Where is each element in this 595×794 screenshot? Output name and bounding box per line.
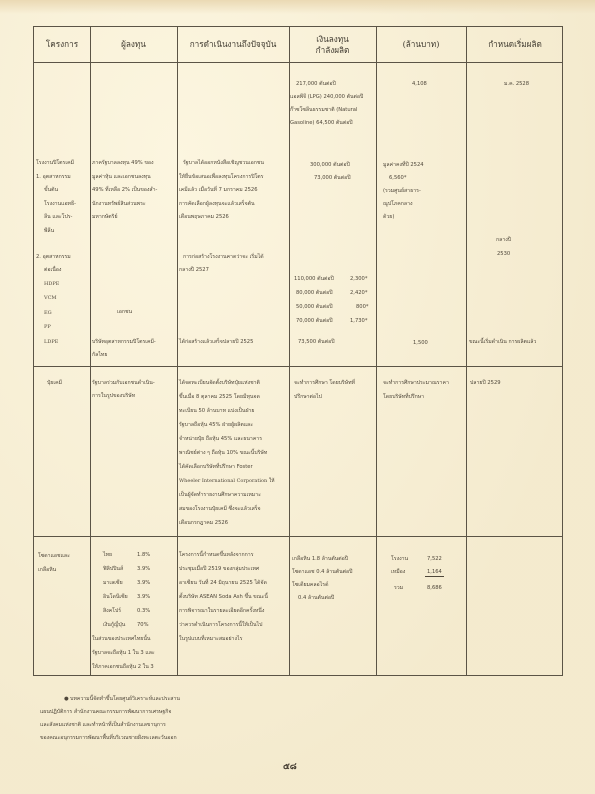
capacity-hdpe: 110,000 ตันต่อปี <box>294 276 334 282</box>
progress-line: ตั้งบริษัท ASEAN Soda Ash ขึ้น ขณะนี้ <box>179 594 268 600</box>
progress-line: พาณิชย์ต่าง ๆ ถือหุ้น 10% ขณะนี้บริษัท <box>179 450 267 456</box>
investment-eg: 800* <box>356 304 369 310</box>
capacity-line: ก๊าซโซลีนธรรมชาติ (Natural <box>290 107 357 113</box>
capacity-line: แอลพีจี (LPG) 240,000 ตันต่อปี <box>290 94 363 100</box>
progress-line: รัฐบาลได้ออกหนังสือเชิญชวนเอกชน <box>183 160 264 166</box>
share-philippines: 3.9% <box>137 566 150 572</box>
share-singapore: 0.3% <box>137 608 150 614</box>
investment-line: จะทำการศึกษาประมาณราคา <box>383 380 449 386</box>
investment-mine-label: เหมือง <box>391 569 405 575</box>
header-investor: ผู้ลงทุน <box>90 27 177 62</box>
footnote-line: แผนปฏิบัติการ สำนักงานคณะกรรมการพัฒนาการ… <box>40 709 171 715</box>
progress-line: ขึ้นเมื่อ 8 ตุลาคม 2525 โดยมีทุนจด <box>179 394 260 400</box>
investment-plant-label: โรงงาน <box>391 556 408 562</box>
investor-line: กัลไทย <box>92 352 107 358</box>
start-date: ปลายปี 2529 <box>470 380 501 386</box>
country-singapore: สิงคโปร์ <box>103 608 121 614</box>
progress-line: ประชุมเมื่อปี 2519 ของกลุ่มประเทศ <box>179 566 259 572</box>
progress-line: จำหน่ายปุ๋ย ถือหุ้น 45% และธนาคาร <box>179 436 262 442</box>
header-progress: การดำเนินงานถึงปัจจุบัน <box>177 27 289 62</box>
project-line: ลีน และโปร- <box>44 214 72 220</box>
capacity-ldpe: 73,500 ตันต่อปี <box>298 339 335 345</box>
investment-vcm: 2,420* <box>350 290 367 296</box>
country-japan-loan: เงินกู้ญี่ปุ่น <box>103 622 125 628</box>
investor-line: รัฐบาลร่วมกับเอกชนดำเนิน- <box>92 380 155 386</box>
investment-total-value: 8,686 <box>427 585 442 591</box>
capacity-eg: 50,000 ตันต่อปี <box>296 304 333 310</box>
project-name: ปุ๋ยเคมี <box>47 380 62 386</box>
project-line: ต่อเนื่อง <box>44 267 61 273</box>
progress-line: โครงการนี้กำหนดขึ้นหลังจากการ <box>179 552 254 558</box>
capacity-line: 300,000 ตันต่อปี <box>310 162 350 168</box>
investment-line: 6,560* <box>389 175 406 181</box>
progress-line: ให้ยื่นข้อเสนอเพื่อลงทุนโครงการปิโตร <box>179 174 263 180</box>
investment-line: โดยบริษัทที่ปรึกษา <box>383 394 424 400</box>
project-line: โรงงานปิโตรเคมี <box>36 160 74 166</box>
product-hdpe: HDPE <box>44 281 59 287</box>
share-thailand: 1.8% <box>137 552 150 558</box>
investment-mine-value: 1,164 <box>425 569 444 577</box>
progress-line: ว่าควรดำเนินการโครงการนี้ให้เป็นไป <box>179 622 262 628</box>
capacity-line: 0.4 ล้านตันต่อปี <box>298 595 334 601</box>
column-divider <box>376 27 377 675</box>
product-pp: PP <box>44 324 51 330</box>
start-line: 2530 <box>497 251 510 257</box>
header-project: โครงการ <box>34 27 90 62</box>
footnote-line: ● บทความนี้จัดทำขึ้นโดยศูนย์วิเคราะห์และ… <box>64 696 180 702</box>
capacity-line: เกลือหิน 1.8 ล้านตันต่อปี <box>292 556 348 562</box>
investor-note-line: รัฐบาลจะถือหุ้น 1 ใน 3 และ <box>92 650 155 656</box>
capacity-pp: 70,000 ตันต่อปี <box>296 318 333 324</box>
start-line: กลางปี <box>496 237 511 243</box>
investment-total-label: รวม <box>394 585 403 591</box>
investment-line: มูลค่าคงที่ปี 2524 <box>383 162 424 168</box>
progress-line: ในรูปแบบที่เหมาะสมอย่างไร <box>179 636 242 642</box>
progress-line: กลางปี 2527 <box>179 267 209 273</box>
project-line: ขั้นต้น <box>44 187 58 193</box>
investor-line: ภาครัฐบาลลงทุน 49% ของ <box>92 160 154 166</box>
progress-line: สมของโรงงานปุ๋ยเคมี ซึ่งจะแล้วเสร็จ <box>179 506 261 512</box>
header-million-baht: (ล้านบาท) <box>376 27 466 62</box>
progress-line: เคมีแล้ว เมื่อวันที่ 7 มกราคม 2526 <box>179 187 258 193</box>
progress-line: รัฐบาลถือหุ้น 45% ฝ่ายผู้ผลิตและ <box>179 422 253 428</box>
header-start-date: กำหนดเริ่มผลิต <box>466 27 564 62</box>
progress-line: ได้ก่อสร้างแล้วเสร็จปลายปี 2525 <box>179 339 253 345</box>
column-divider <box>177 27 178 675</box>
investor-line: 49% ที่เหลือ 2% เป็นของสำ- <box>92 187 157 193</box>
capacity-line: ปรึกษาต่อไป <box>294 394 322 400</box>
progress-line: การก่อสร้างโรงงานคาดว่าจะ เริ่มได้ <box>183 254 264 260</box>
start-ldpe: ขณะนี้เริ่มดำเนิน การผลิตแล้ว <box>469 339 536 345</box>
investment-value: 4,108 <box>412 81 427 87</box>
progress-line: การคัดเลือกผู้ลงทุนจะแล้วเสร็จต้น <box>179 201 255 207</box>
investment-ldpe: 1,500 <box>413 340 428 346</box>
column-divider <box>90 27 91 675</box>
investor-line: นักงานทรัพย์สินส่วนพระ <box>92 201 146 207</box>
header-divider <box>34 62 562 63</box>
country-philippines: ฟิลิปปินส์ <box>103 566 123 572</box>
progress-line: เดือนพฤษภาคม 2526 <box>179 214 229 220</box>
progress-line: การพิจารณาในรายละเอียดอีกครั้งหนึ่ง <box>179 608 264 614</box>
capacity-line: โซเดียมคลอไรด์ <box>292 582 328 588</box>
project-line: โซดาแอชและ <box>38 553 70 559</box>
progress-line: ได้จดทะเบียนจัดตั้งบริษัทปุ๋ยแห่งชาติ <box>179 380 260 386</box>
product-ldpe: LDPE <box>44 339 58 345</box>
product-eg: EG <box>44 310 52 316</box>
investment-hdpe: 2,300* <box>350 276 367 282</box>
investment-plant-value: 7,522 <box>427 556 442 562</box>
project-line: เกลือหิน <box>38 567 56 573</box>
share-malaysia: 3.9% <box>137 580 150 586</box>
country-malaysia: มาเลเซีย <box>103 580 123 586</box>
page-number: ๕๘ <box>283 759 297 773</box>
share-japan-loan: 70% <box>137 622 149 628</box>
row-divider <box>34 366 562 367</box>
investment-line: (รวมศูนย์สาธาร- <box>383 188 421 194</box>
investment-line: ณูปโภคกลาง <box>383 201 413 207</box>
country-indonesia: อินโดนีเซีย <box>103 594 128 600</box>
progress-line: อาเซียน วันที่ 24 มิถุนายน 2525 ได้จัด <box>179 580 267 586</box>
footnote-line: ของคณะอนุกรรมการพัฒนาพื้นที่บริเวณชายฝั่… <box>40 735 177 741</box>
product-vcm: VCM <box>44 295 57 301</box>
progress-line: ได้คัดเลือกบริษัทที่ปรึกษา Foster <box>179 464 253 470</box>
investment-line: ด้วย) <box>383 214 394 220</box>
start-date: ม.ค. 2528 <box>504 81 529 87</box>
capacity-line: Gasoline) 64,500 ตันต่อปี <box>290 120 353 126</box>
progress-line: Wheeler International Corporation ให้ <box>179 478 275 484</box>
investor-line: การในรูปของบริษัท <box>92 393 135 399</box>
progress-line: ทะเบียน 50 ล้านบาท แบ่งเป็นฝ่าย <box>179 408 254 414</box>
project-line: พีลีน <box>44 228 54 234</box>
capacity-line: 217,000 ตันต่อปี <box>296 81 336 87</box>
project-line: 2. อุตสาหกรรม <box>36 254 71 260</box>
header-capacity: เงินลงทุน กำลังผลิต <box>289 27 376 62</box>
investor-line: บริษัทอุตสาหกรรมปิโตรเคมี- <box>92 339 156 345</box>
capacity-line: 73,000 ตันต่อปี <box>314 175 351 181</box>
investor-note-line: ให้ภาคเอกชนถือหุ้น 2 ใน 3 <box>92 664 154 670</box>
page-edge-shadow <box>0 0 595 14</box>
capacity-line: โซดาแอช 0.4 ล้านตันต่อปี <box>292 569 352 575</box>
header-capacity-line2: กำลังผลิต <box>316 45 350 56</box>
investor-line: มหากษัตริย์ <box>92 214 118 220</box>
investment-pp: 1,730* <box>350 318 367 324</box>
investor-line: มูลค่าหุ้น และเอกชนลงทุน <box>92 174 151 180</box>
column-divider <box>466 27 467 675</box>
investor-private: เอกชน <box>117 309 132 315</box>
capacity-vcm: 80,000 ตันต่อปี <box>296 290 333 296</box>
share-indonesia: 3.9% <box>137 594 150 600</box>
capacity-line: จะทำการศึกษา โดยบริษัทที่ <box>294 380 355 386</box>
progress-line: เดือนกรกฎาคม 2526 <box>179 520 228 526</box>
project-line: โรงงานแอทธี- <box>44 201 76 207</box>
header-capacity-line1: เงินลงทุน <box>316 34 348 45</box>
row-divider <box>34 536 562 537</box>
country-thailand: ไทย <box>103 552 112 558</box>
project-line: 1. อุตสาหกรรม <box>36 174 71 180</box>
investor-note-line: ในส่วนของประเทศไทยนั้น <box>92 636 150 642</box>
progress-line: เป็นผู้จัดทำรายงานศึกษาความเหมาะ <box>179 492 261 498</box>
footnote-line: และสังคมแห่งชาติ และทำหน้าที่เป็นสำนักงา… <box>40 722 166 728</box>
